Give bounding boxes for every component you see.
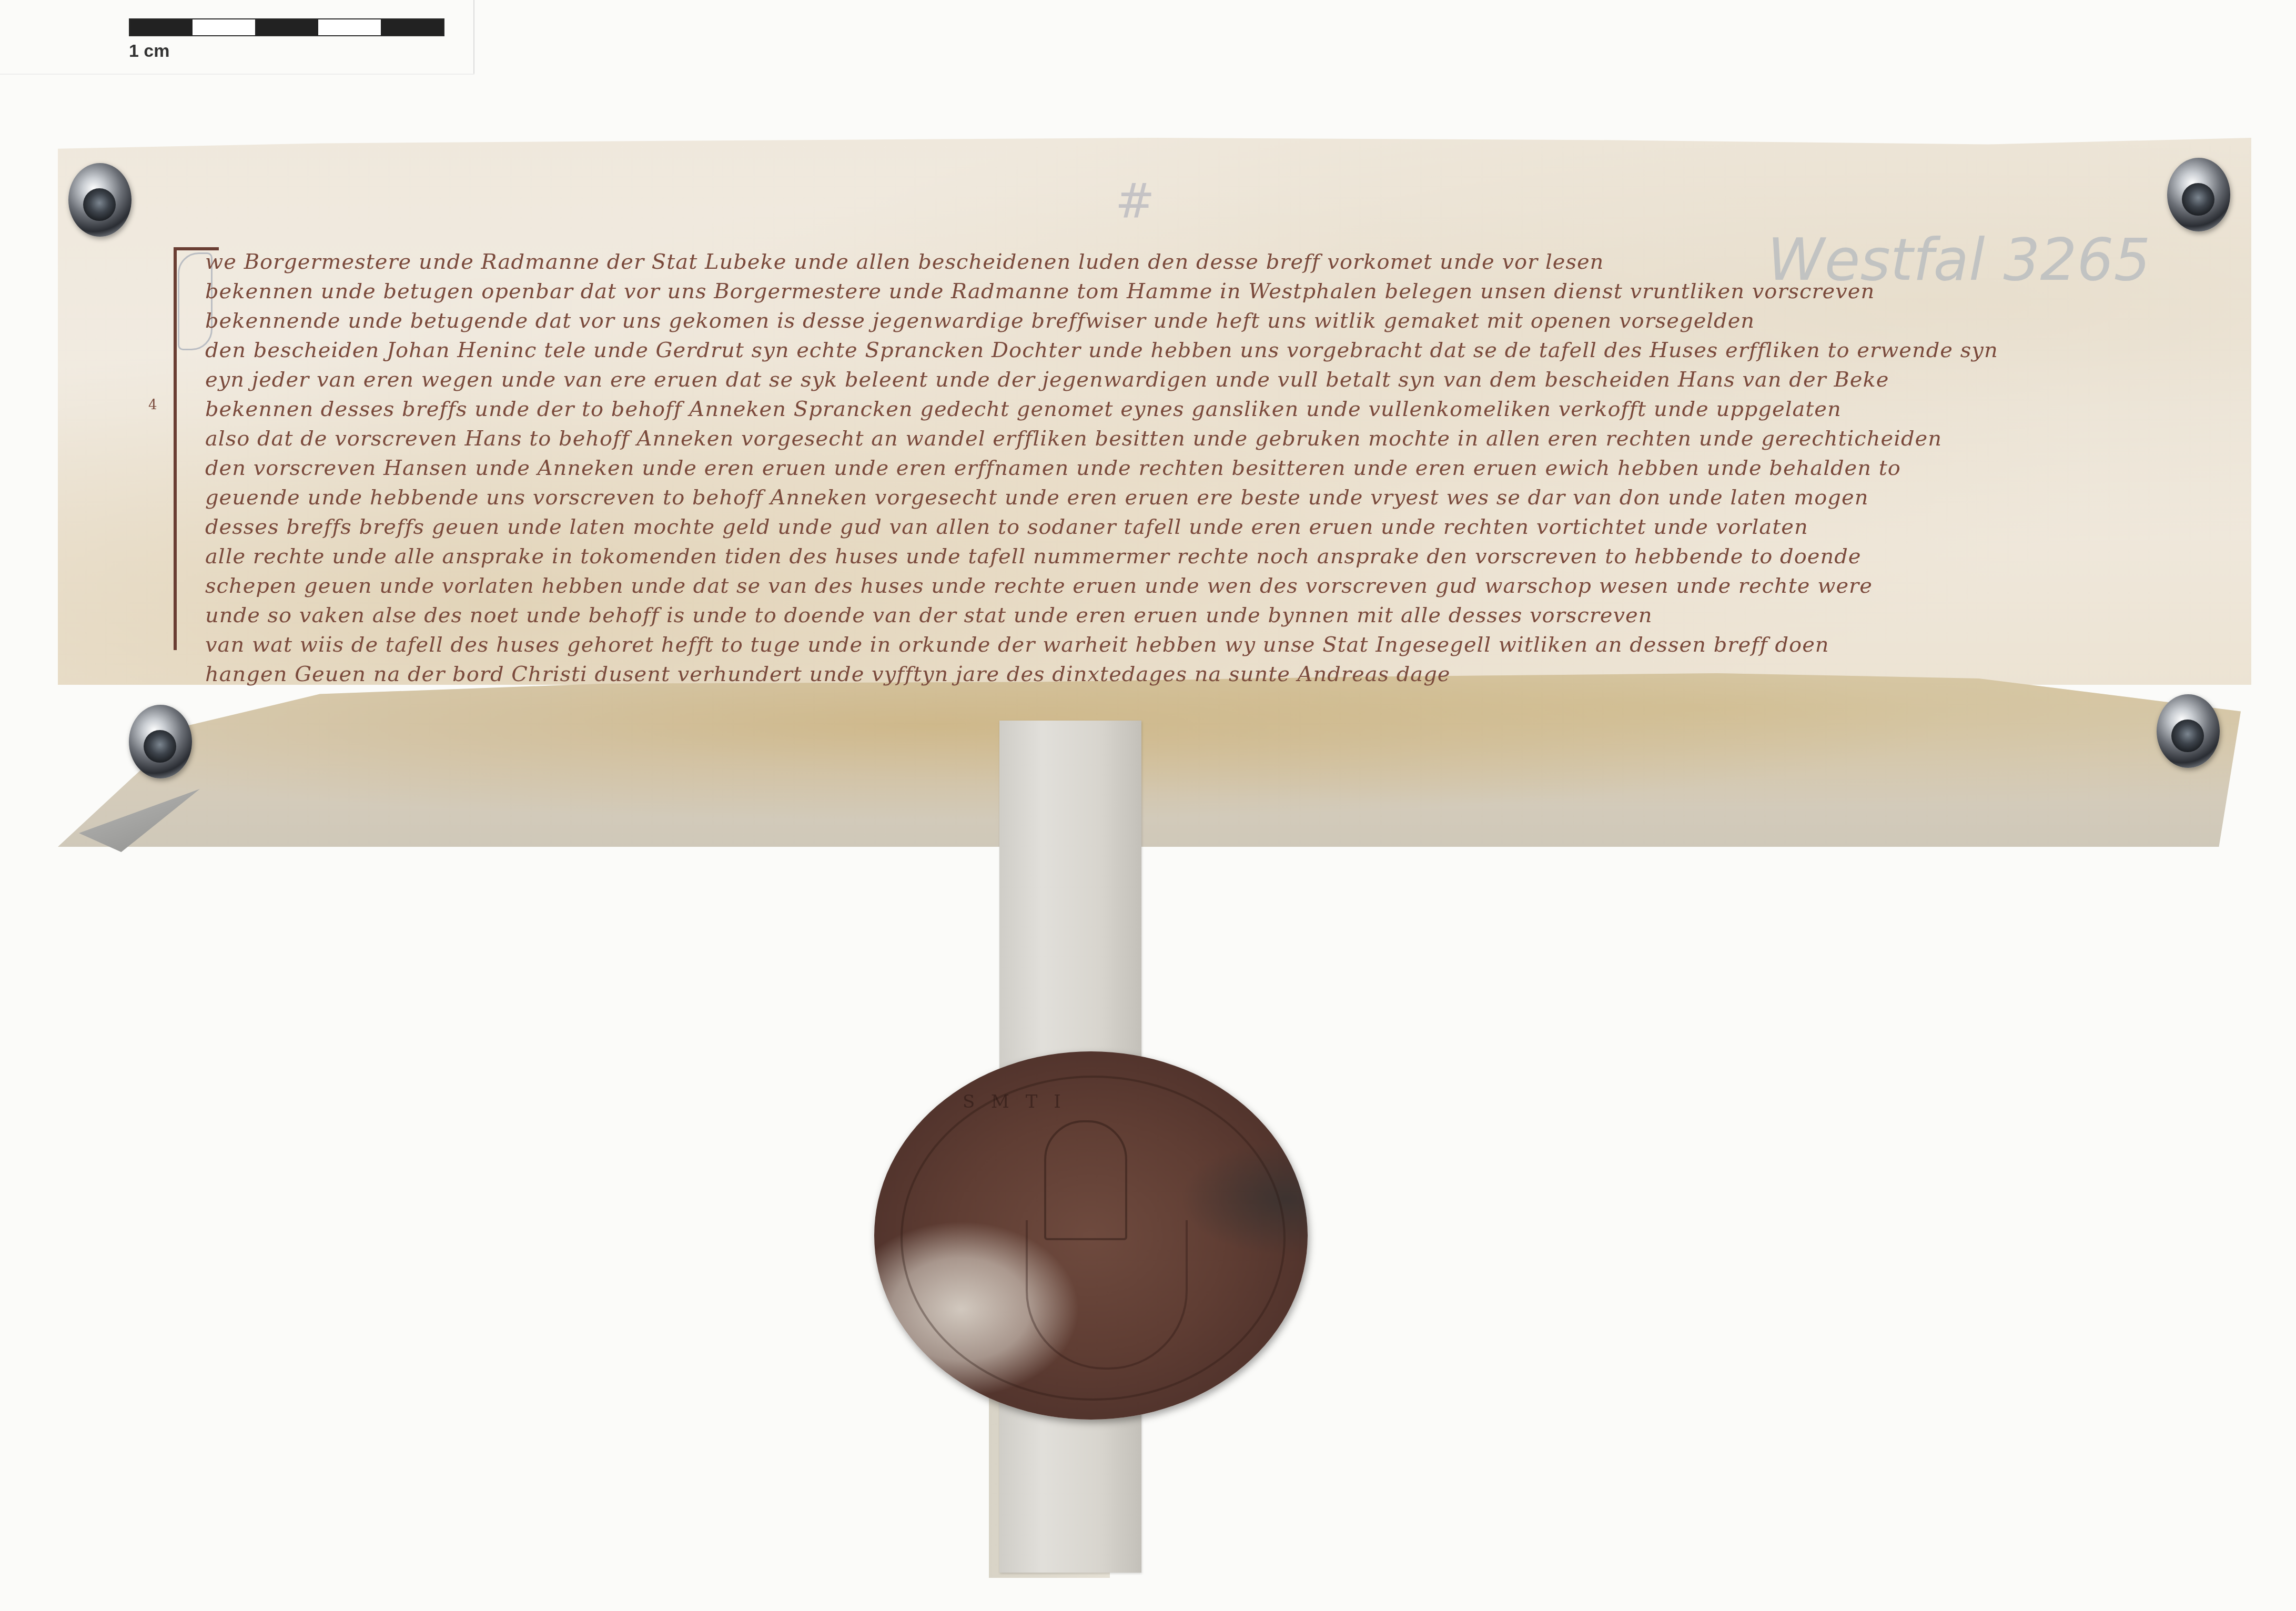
mounting-pin-icon: [68, 163, 132, 237]
pencil-mark: #: [1115, 174, 1155, 229]
scale-bar-segment: [130, 19, 193, 35]
text-line: unde so vaken alse des noet unde behoff …: [205, 601, 2193, 630]
text-line: schepen geuen unde vorlaten hebben unde …: [205, 571, 2193, 601]
text-line: geuende unde hebbende uns vorscreven to …: [205, 483, 2193, 512]
text-line: we Borgermestere unde Radmanne der Stat …: [205, 247, 2193, 277]
scale-bar-segment: [318, 19, 381, 35]
scale-bar-segment: [381, 19, 443, 35]
parchment-plica-fold: [58, 673, 2241, 847]
scale-bar-segment: [255, 19, 318, 35]
mounting-pin-icon: [2167, 158, 2230, 231]
text-line: bekennende unde betugende dat vor uns ge…: [205, 306, 2193, 336]
text-line: van wat wiis de tafell des huses gehoret…: [205, 630, 2193, 660]
text-line: bekennen desses breffs unde der to behof…: [205, 394, 2193, 424]
seal-shield-emblem: [1026, 1220, 1188, 1370]
scale-bar-label: 1 cm: [129, 41, 170, 62]
text-line: desses breffs breffs geuen unde laten mo…: [205, 512, 2193, 542]
mounting-pin-icon: [129, 705, 192, 778]
text-line: eyn jeder van eren wegen unde van ere er…: [205, 365, 2193, 394]
text-line: also dat de vorscreven Hans to behoff An…: [205, 424, 2193, 453]
text-line: alle rechte unde alle ansprake in tokome…: [205, 542, 2193, 571]
text-line: den vorscreven Hansen unde Anneken unde …: [205, 453, 2193, 483]
text-line: den bescheiden Johan Heninc tele unde Ge…: [205, 336, 2193, 365]
margin-mark: 4: [148, 397, 157, 413]
charter-text: we Borgermestere unde Radmanne der Stat …: [205, 247, 2193, 689]
scale-bar: [129, 18, 444, 36]
text-line: hangen Geuen na der bord Christi dusent …: [205, 660, 2193, 689]
text-line: bekennen unde betugen openbar dat vor un…: [205, 277, 2193, 306]
scale-frame-border-bottom: [0, 74, 474, 75]
seal-legend: S M T I: [963, 1091, 1066, 1112]
scale-bar-segment: [193, 19, 255, 35]
mounting-pin-icon: [2157, 694, 2220, 768]
scale-frame-border: [473, 0, 474, 74]
